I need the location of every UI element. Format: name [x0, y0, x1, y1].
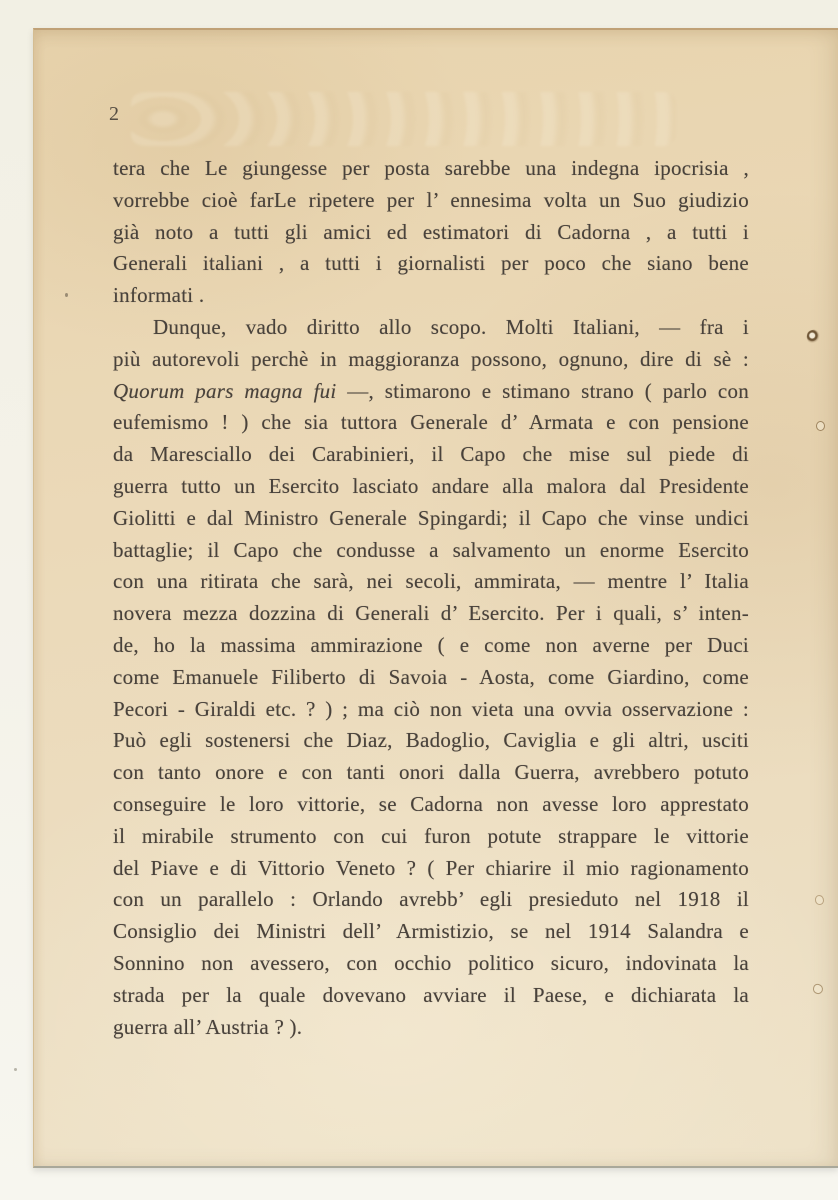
paper-hole-mark — [812, 983, 824, 995]
text-line: tera che Le giungesse per posta sarebbe … — [113, 153, 749, 185]
text-line-roman-part: —, stimarono e stimano strano ( parlo co… — [337, 379, 750, 403]
text-line: Generali italiani , a tutti i giornalist… — [113, 248, 749, 280]
text-line: Pecori - Giraldi etc. ? ) ; ma ciò non v… — [113, 694, 749, 726]
text-line: Può egli sostenersi che Diaz, Badoglio, … — [113, 725, 749, 757]
text-line: vorrebbe cioè farLe ripetere per l’ enne… — [113, 185, 749, 217]
text-line-with-italic: Quorum pars magna fui —, stimarono e sti… — [113, 376, 749, 408]
text-line: più autorevoli perchè in maggioranza pos… — [113, 344, 749, 376]
text-line: conseguire le loro vittorie, se Cadorna … — [113, 789, 749, 821]
paper-hole-mark — [815, 895, 824, 905]
text-line: Consiglio dei Ministri dell’ Armistizio,… — [113, 916, 749, 948]
text-line: già noto a tutti gli amici ed estimatori… — [113, 217, 749, 249]
latin-quote: Quorum pars magna fui — [113, 379, 337, 403]
text-line: guerra tutto un Esercito lasciato andare… — [113, 471, 749, 503]
page-number: 2 — [109, 102, 120, 126]
background-speck — [14, 1068, 17, 1071]
paper-hole-mark — [816, 421, 825, 431]
text-line: guerra all’ Austria ? ). — [113, 1012, 749, 1044]
text-line: Sonnino non avessero, con occhio politic… — [113, 948, 749, 980]
scan-background: 2 tera che Le giungesse per posta sarebb… — [0, 0, 838, 1200]
text-line: strada per la quale dovevano avviare il … — [113, 980, 749, 1012]
text-line: del Piave e di Vittorio Veneto ? ( Per c… — [113, 853, 749, 885]
paper-binding-mark — [805, 328, 822, 346]
paper-speck — [65, 293, 68, 297]
text-line: de, ho la massima ammirazione ( e come n… — [113, 630, 749, 662]
text-line: con un parallelo : Orlando avrebb’ egli … — [113, 884, 749, 916]
paper-emboss-watermark — [131, 92, 676, 146]
text-line: Giolitti e dal Ministro Generale Spingar… — [113, 503, 749, 535]
text-line: con una ritirata che sarà, nei secoli, a… — [113, 566, 749, 598]
text-line: come Emanuele Filiberto di Savoia - Aost… — [113, 662, 749, 694]
text-line: eufemismo ! ) che sia tuttora Generale d… — [113, 407, 749, 439]
text-line: novera mezza dozzina di Generali d’ Eser… — [113, 598, 749, 630]
book-page: 2 tera che Le giungesse per posta sarebb… — [33, 28, 838, 1168]
text-line: con tanto onore e con tanti onori dalla … — [113, 757, 749, 789]
text-line: battaglie; il Capo che condusse a salvam… — [113, 535, 749, 567]
text-block: tera che Le giungesse per posta sarebbe … — [113, 153, 749, 1043]
text-line: informati . — [113, 280, 749, 312]
text-line: Dunque, vado diritto allo scopo. Molti I… — [113, 312, 749, 344]
text-line: da Maresciallo dei Carabinieri, il Capo … — [113, 439, 749, 471]
text-line: il mirabile strumento con cui furon potu… — [113, 821, 749, 853]
